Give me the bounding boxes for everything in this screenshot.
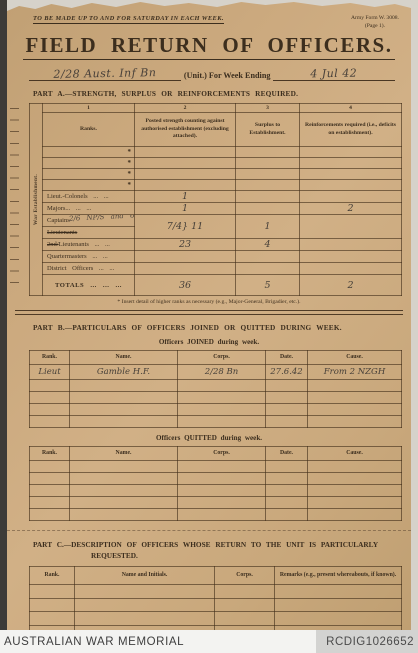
reinforcements-value [300,239,402,251]
scanned-page: TO BE MADE UP TO AND FOR SATURDAY IN EAC… [0,0,418,653]
surplus-value: 1 [236,215,300,239]
scan-edge-strip [0,0,7,631]
blank-roster-row [30,484,402,496]
part-a-heading: PART A.—STRENGTH, SURPLUS OR REINFORCEME… [33,89,411,98]
header-ranks: Ranks. [43,113,135,147]
form-top-row: TO BE MADE UP TO AND FOR SATURDAY IN EAC… [7,0,411,30]
unit-line: 2/28 Aust. Inf Bn (Unit.) For Week Endin… [29,67,395,81]
header-cause: Cause. [308,350,402,364]
blank-roster-row [30,508,402,520]
week-ending-value: 4 Jul 42 [273,67,395,81]
part-a-table: War Establishment. 1 2 3 4 Ranks. Posted… [29,103,402,296]
posted-value: 1 [135,203,236,215]
blank-starred-row: * [30,180,402,191]
header-rank: Rank. [30,567,75,585]
rank-annotation-handwriting: 2/6 NP/S and 6/4 [69,215,135,223]
top-note: TO BE MADE UP TO AND FOR SATURDAY IN EAC… [33,15,224,24]
footer-bar: AUSTRALIAN WAR MEMORIAL RCDIG1026652 [0,630,418,653]
rank-label: 2nd/Lieutenants ... ... [43,239,135,251]
part-b-heading: PART B.—PARTICULARS OF OFFICERS JOINED O… [33,323,411,332]
reinforcements-value [300,215,402,239]
officers-quitted-table: Rank. Name. Corps. Date. Cause. [29,446,402,521]
header-corps: Corps. [178,446,266,460]
surplus-value: 4 [236,239,300,251]
war-establishment-column: War Establishment. [30,104,43,296]
blank-roster-row [30,403,402,415]
unit-handwriting: 2/28 Aust. Inf Bn [29,66,181,82]
rank-label: Lieut.-Colonels ... ... [43,191,135,203]
joined-officer-row: Lieut Gamble H.F. 2/28 Bn 27.6.42 From 2… [30,364,402,379]
section-divider [15,310,403,315]
total-reinforcements-value: 2 [300,275,402,296]
form-number-line1: Army Form W. 3008. [351,15,399,21]
war-establishment-label: War Establishment. [33,174,39,225]
header-rank: Rank. [30,446,70,460]
reinforcements-value [300,191,402,203]
struck-rank-text: Lieutenants [47,229,77,236]
header-name: Name. [70,446,178,460]
total-surplus-value: 5 [236,275,300,296]
rank-row-district-officers: District Officers ... ... [30,263,402,275]
column-number-row: War Establishment. 1 2 3 4 [30,104,402,113]
header-corps: Corps. [215,567,275,585]
col-number-1: 1 [43,104,135,113]
blank-starred-row: * [30,169,402,180]
header-corps: Corps. [178,350,266,364]
blank-starred-row: * [30,147,402,158]
posted-value: 23 [135,239,236,251]
blank-row [30,612,402,626]
unit-value: 2/28 Aust. Inf Bn [29,67,181,81]
col-number-4: 4 [300,104,402,113]
form-title: FIELD RETURN OF OFFICERS. [7,33,411,58]
rank-label: Majors... ... ... [43,203,135,215]
joined-name-value: Gamble H.F. [70,364,178,379]
totals-row: TOTALS ... ... ... 36 5 2 [30,275,402,296]
header-name-initials: Name and Initials. [75,567,215,585]
blank-roster-row [30,415,402,427]
rank-label: District Officers ... ... [43,263,135,275]
form-number-line2: (Page 1). [365,23,385,29]
header-cause: Cause. [308,446,402,460]
officers-joined-table: Rank. Name. Corps. Date. Cause. Lieut Ga… [29,350,402,428]
rank-row-captains: Captains 2/6 NP/S and 6/4 7/4} 11 1 [30,215,402,227]
binder-tick-marks [10,108,19,286]
star-mark: * [43,180,135,191]
header-date: Date. [266,350,308,364]
officers-joined-title: Officers JOINED during week. [7,338,411,346]
rank-row-lieut-colonels: Lieut.-Colonels ... ... 1 [30,191,402,203]
rank-row-quartermasters: Quartermasters ... ... [30,251,402,263]
blank-roster-row [30,496,402,508]
roster-header-row: Rank. Name. Corps. Date. Cause. [30,446,402,460]
reinforcements-value: 2 [300,203,402,215]
surplus-value [236,191,300,203]
header-reinforcements: Reinforcements required (i.e., deficits … [300,113,402,147]
officers-quitted-title: Officers QUITTED during week. [7,434,411,442]
joined-rank-value: Lieut [30,364,70,379]
unit-label: (Unit.) For Week Ending [181,71,274,81]
rank-row-majors: Majors... ... ... 1 2 [30,203,402,215]
perforation-line [7,530,411,531]
rank-label: Quartermasters ... ... [43,251,135,263]
header-surplus: Surplus to Establishment. [236,113,300,147]
blank-roster-row [30,379,402,391]
total-posted-value: 36 [135,275,236,296]
part-c-header-row: Rank. Name and Initials. Corps. Remarks … [30,567,402,585]
rank-row-2nd-lieutenants: 2nd/Lieutenants ... ... 23 4 [30,239,402,251]
blank-starred-row: * [30,158,402,169]
item-id-badge: RCDIG1026652 [316,630,418,653]
column-header-row: Ranks. Posted strength counting against … [30,113,402,147]
rank-text: Captains [47,217,70,224]
star-mark: * [43,147,135,158]
joined-date-value: 27.6.42 [266,364,308,379]
army-form-number: Army Form W. 3008. (Page 1). [351,15,399,30]
part-a-footnote: * Insert detail of higher ranks as neces… [7,299,411,305]
rank-text: Lieutenants ... ... [59,241,110,248]
header-date: Date. [266,446,308,460]
title-rule [23,59,395,60]
joined-corps-value: 2/28 Bn [178,364,266,379]
awm-caption: AUSTRALIAN WAR MEMORIAL [0,636,184,648]
blank-roster-row [30,391,402,403]
form-paper: TO BE MADE UP TO AND FOR SATURDAY IN EAC… [7,0,411,631]
star-mark: * [43,158,135,169]
rank-label: Lieutenants [43,227,135,239]
posted-value: 1 [135,191,236,203]
header-rank: Rank. [30,350,70,364]
header-remarks: Remarks (e.g., present whereabouts, if k… [275,567,402,585]
blank-roster-row [30,472,402,484]
week-ending-handwriting: 4 Jul 42 [273,66,395,81]
header-posted-strength: Posted strength counting against authori… [135,113,236,147]
col-number-3: 3 [236,104,300,113]
joined-cause-value: From 2 NZGH [308,364,402,379]
blank-roster-row [30,460,402,472]
blank-row [30,585,402,599]
struck-rank-prefix: 2nd/ [47,241,59,248]
blank-row [30,598,402,612]
header-name: Name. [70,350,178,364]
rank-label: Captains 2/6 NP/S and 6/4 [43,215,135,227]
col-number-2: 2 [135,104,236,113]
posted-value: 7/4} 11 [135,215,236,239]
roster-header-row: Rank. Name. Corps. Date. Cause. [30,350,402,364]
star-mark: * [43,169,135,180]
part-c-heading: PART C.—DESCRIPTION OF OFFICERS WHOSE RE… [33,539,383,562]
totals-label: TOTALS ... ... ... [43,275,135,296]
surplus-value [236,203,300,215]
